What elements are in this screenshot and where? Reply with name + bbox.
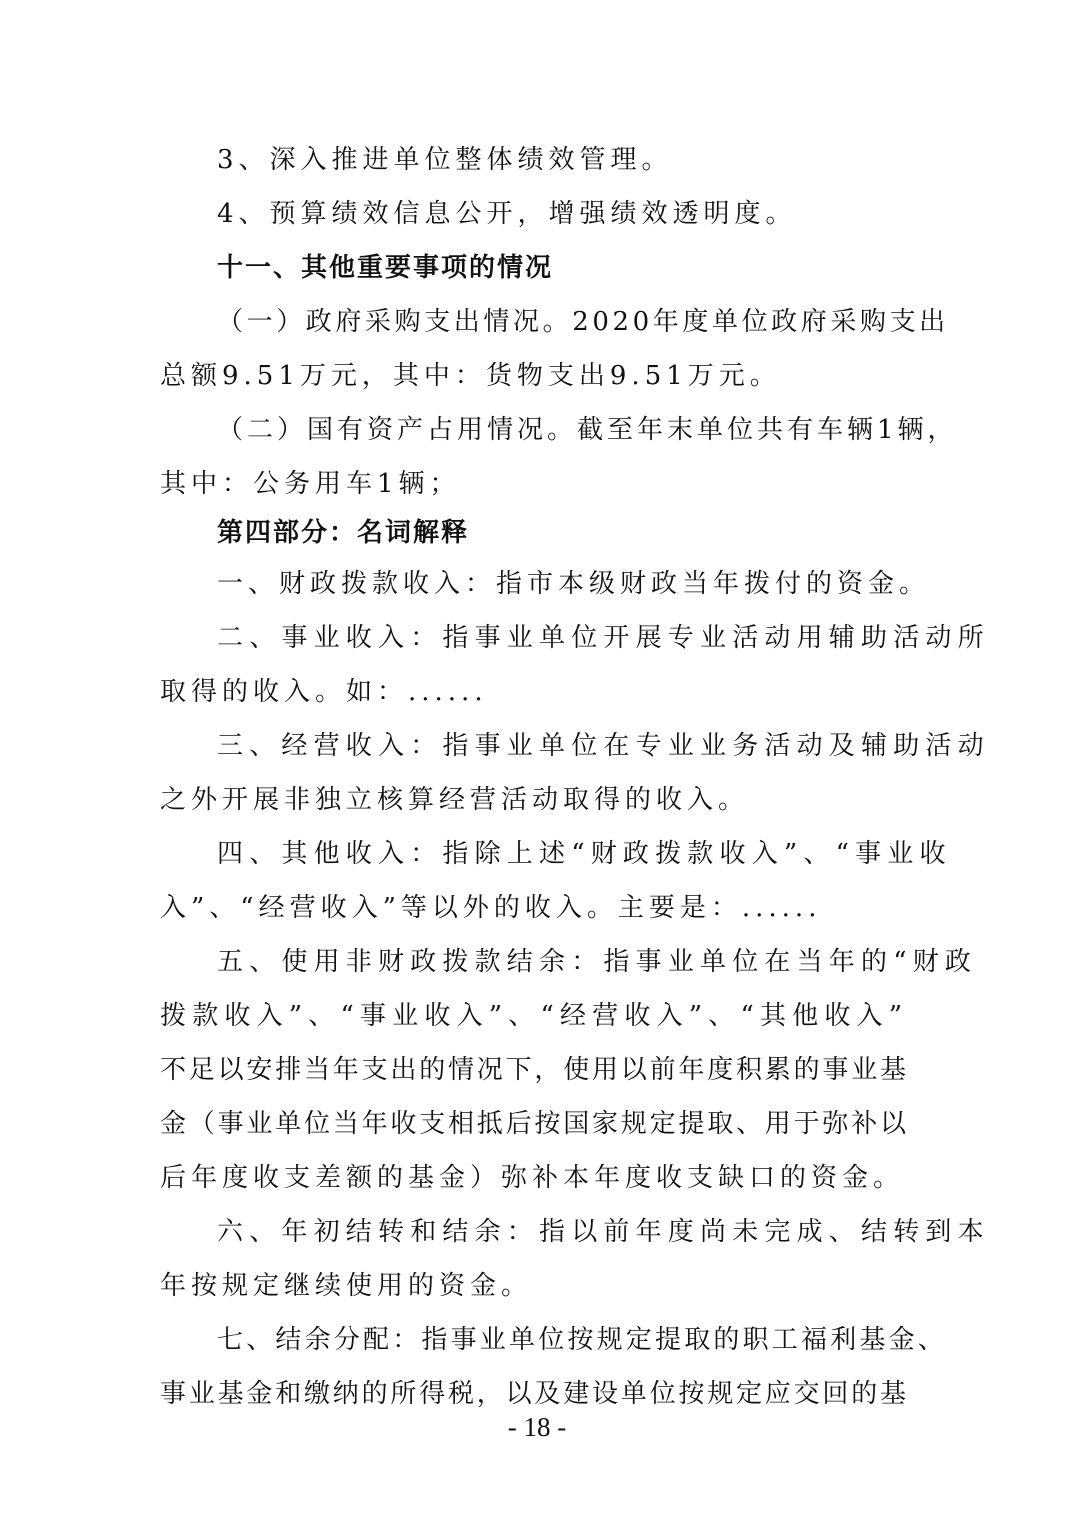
glossary-item-7-line-1: 七、结余分配：指事业单位按规定提取的职工福利基金、	[217, 1323, 977, 1357]
section-heading-other-matters: 十一、其他重要事项的情况	[217, 251, 977, 285]
page-number: - 18 -	[0, 1412, 1074, 1443]
paragraph-procurement-line-2: 总额9.51万元，其中：货物支出9.51万元。	[160, 359, 920, 393]
glossary-item-6-line-2: 年按规定继续使用的资金。	[160, 1269, 920, 1303]
glossary-item-4-line-2: 入”、“经营收入”等以外的收入。主要是：......	[160, 891, 920, 925]
glossary-item-7-line-2: 事业基金和缴纳的所得税，以及建设单位按规定应交回的基	[160, 1377, 920, 1411]
glossary-item-3-line-2: 之外开展非独立核算经营活动取得的收入。	[160, 783, 920, 817]
glossary-item-2-line-1: 二、事业收入：指事业单位开展专业活动用辅助活动所	[217, 621, 977, 655]
list-item-3: 3、深入推进单位整体绩效管理。	[217, 143, 977, 177]
glossary-item-5-line-2: 拨款收入”、“事业收入”、“经营收入”、“其他收入”	[160, 999, 920, 1033]
list-item-4: 4、预算绩效信息公开，增强绩效透明度。	[217, 197, 977, 231]
glossary-item-6-line-1: 六、年初结转和结余：指以前年度尚未完成、结转到本	[217, 1215, 977, 1249]
paragraph-assets-line-1: （二）国有资产占用情况。截至年末单位共有车辆1辆，	[217, 413, 977, 447]
glossary-item-5-line-5: 后年度收支差额的基金）弥补本年度收支缺口的资金。	[160, 1161, 920, 1195]
part-heading-glossary: 第四部分：名词解释	[217, 516, 977, 550]
document-page: 3、深入推进单位整体绩效管理。 4、预算绩效信息公开，增强绩效透明度。 十一、其…	[0, 0, 1074, 1520]
glossary-item-2-line-2: 取得的收入。如：......	[160, 675, 920, 709]
glossary-item-5-line-4: 金（事业单位当年收支相抵后按国家规定提取、用于弥补以	[160, 1107, 920, 1141]
glossary-item-5-line-1: 五、使用非财政拨款结余：指事业单位在当年的“财政	[217, 945, 977, 979]
glossary-item-4-line-1: 四、其他收入：指除上述“财政拨款收入”、“事业收	[217, 837, 977, 871]
paragraph-procurement-line-1: （一）政府采购支出情况。2020年度单位政府采购支出	[217, 305, 977, 339]
glossary-item-3-line-1: 三、经营收入：指事业单位在专业业务活动及辅助活动	[217, 729, 977, 763]
glossary-item-1: 一、财政拨款收入：指市本级财政当年拨付的资金。	[217, 567, 977, 601]
paragraph-assets-line-2: 其中：公务用车1辆；	[160, 467, 920, 501]
glossary-item-5-line-3: 不足以安排当年支出的情况下，使用以前年度积累的事业基	[160, 1053, 920, 1087]
